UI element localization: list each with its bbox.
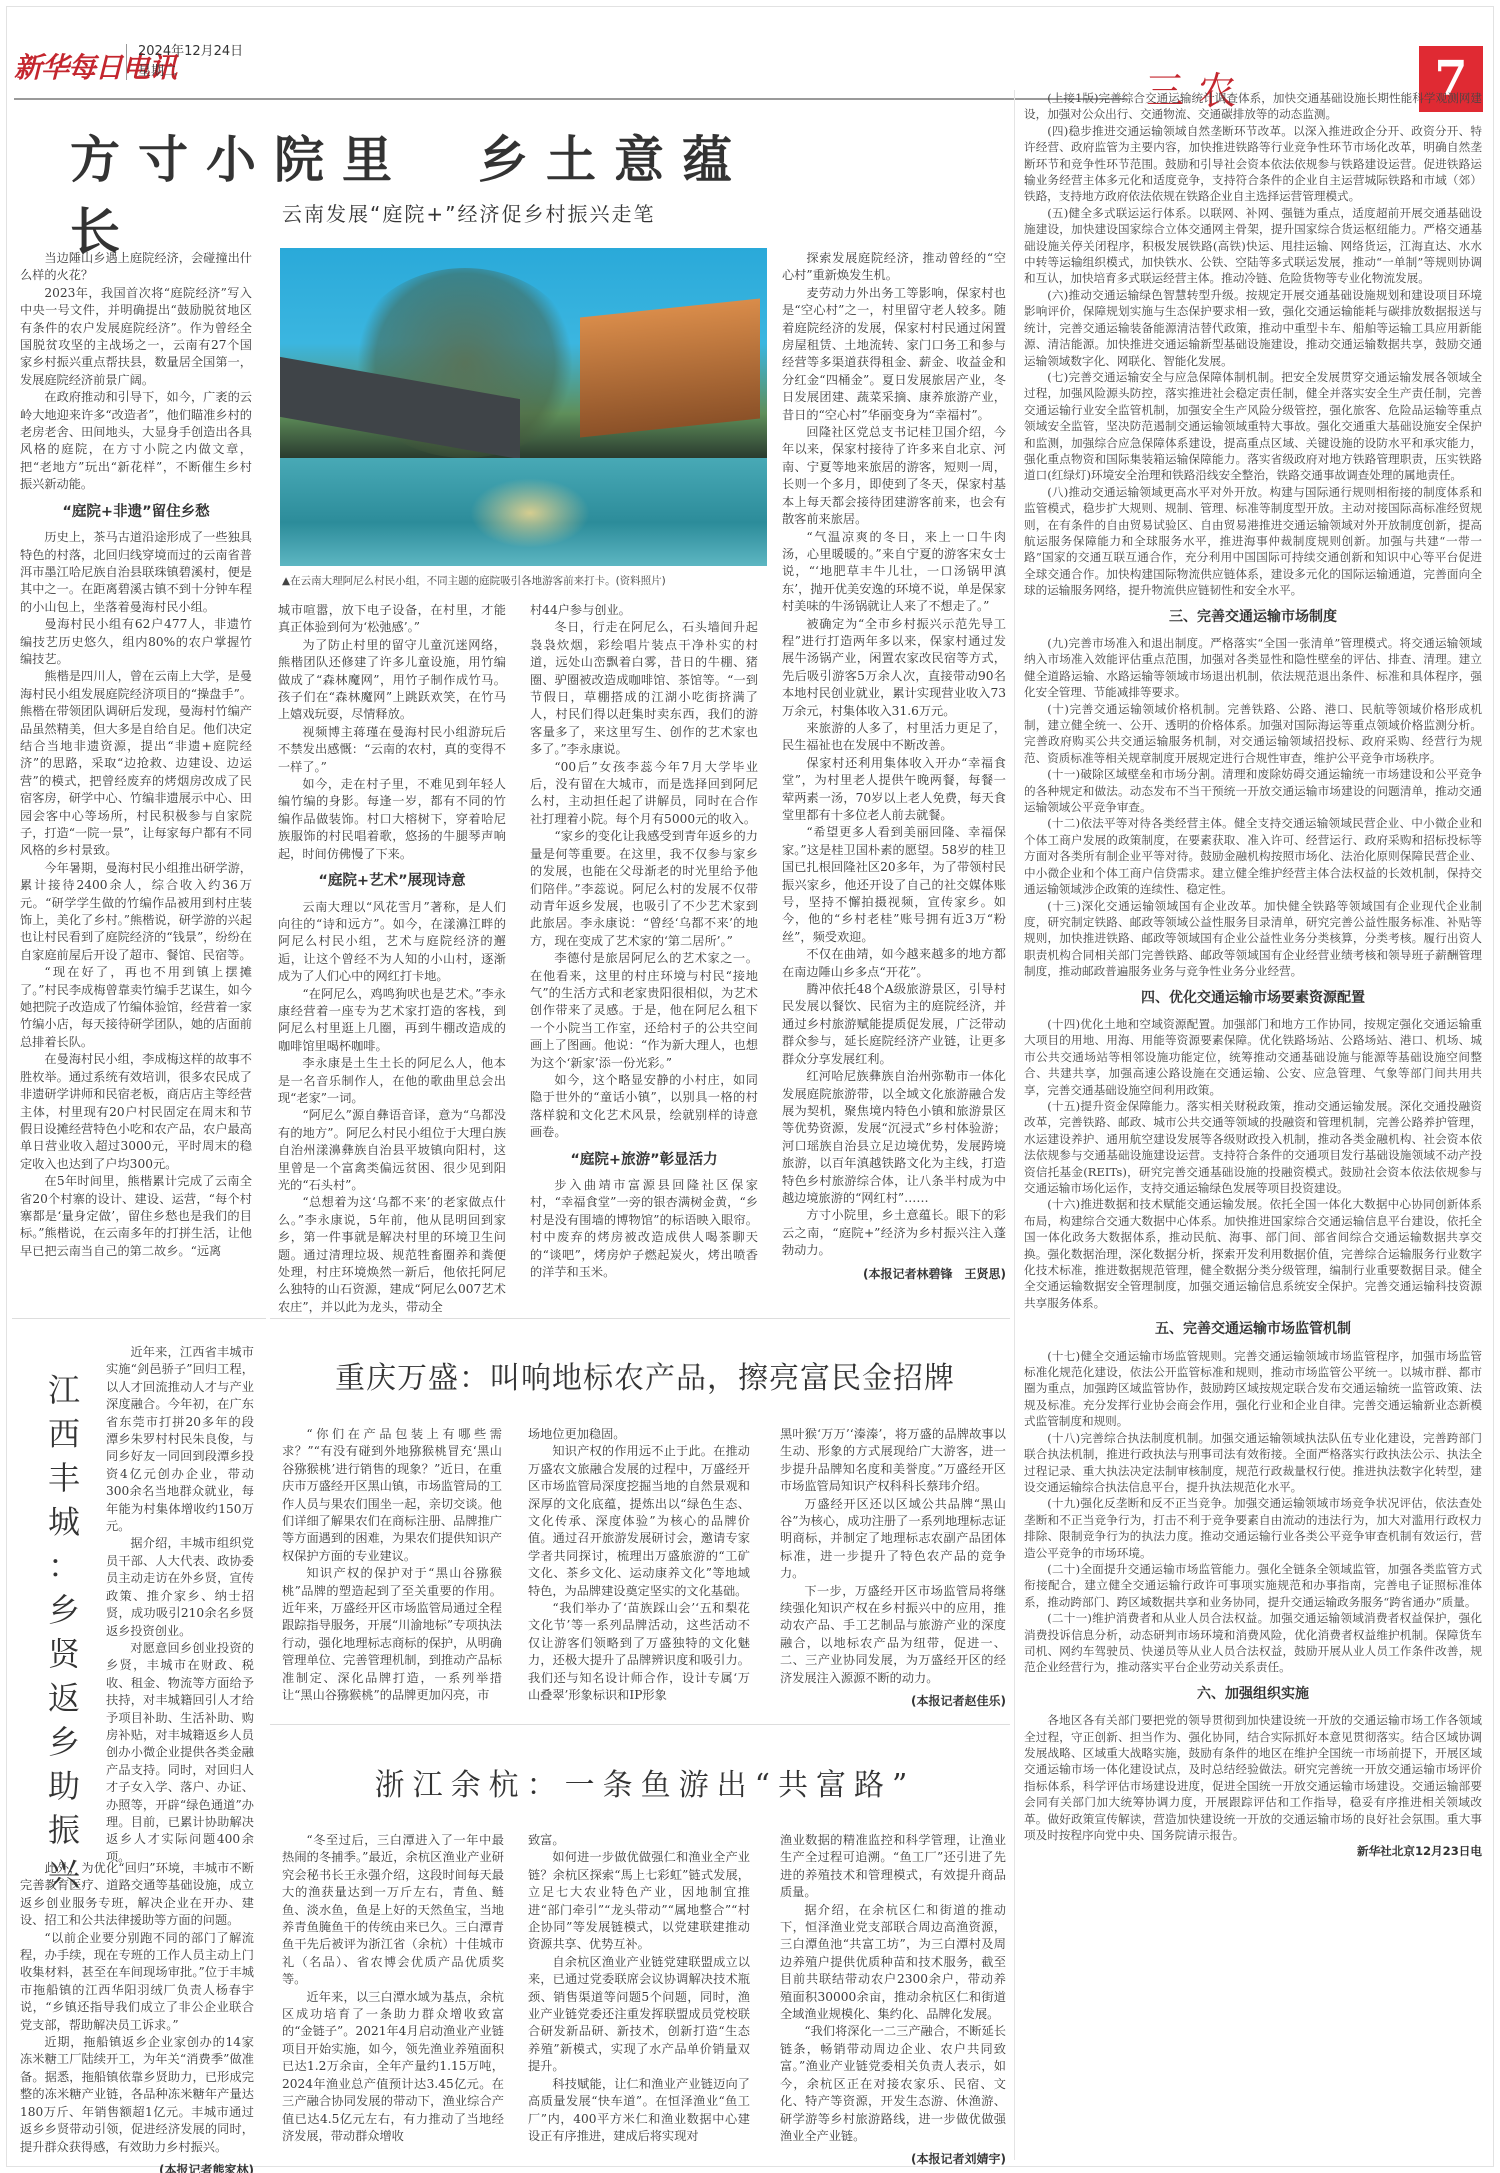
lead-column-4: 探索发展庭院经济，推动曾经的“空心村”重新焕发生机。 麦劳动力外出务工等影响，保… [782,250,1006,1283]
paragraph: (十八)完善综合执法制度机制。加强交通运输领域执法队伍专业化建设，完善跨部门联合… [1024,1430,1482,1496]
paragraph: 村44户参与创业。 [530,602,758,619]
paragraph: 据介绍，在余杭区仁和街道的推动下，恒泽渔业党支部联合周边高渔资源，三白潭鱼池“共… [780,1902,1006,2024]
paragraph: (二十)全面提升交通运输市场监管能力。强化全链条全领域监管，加强各类监管方式衔接… [1024,1561,1482,1610]
paragraph: (四)稳步推进交通运输领域自然垄断环节改革。以深入推进政企分开、政资分开、特许经… [1024,123,1482,205]
paragraph: 知识产权的保护对于“黑山谷猕猴桃”品牌的塑造起到了至关重要的作用。近年来，万盛经… [282,1565,502,1704]
byline: (本报记者赵佳乐) [780,1693,1006,1710]
paragraph: 来旅游的人多了，村里活力更足了，民生福祉也在发展中不断改善。 [782,720,1006,755]
paragraph: 麦劳动力外出务工等影响，保家村也是“空心村”之一，村里留守老人较多。随着庭院经济… [782,285,1006,424]
paragraph: (上接1版)完善综合交通运输统计调查体系，加快交通基础设施长期性能科学观测网建设… [1024,90,1482,123]
paragraph: 城市喧嚣，放下电子设备，在村里，才能真正体验到何为‘松弛感’。” [278,602,506,637]
section-heading: 六、加强组织实施 [1024,1686,1482,1702]
subheading: “庭院+艺术”展现诗意 [278,873,506,890]
issue-date: 2024年12月24日 [138,42,243,62]
paragraph: 熊楷是四川人，曾在云南上大学，是曼海村民小组发展庭院经济项目的“操盘手”。熊楷在… [20,668,252,859]
paragraph: 步入曲靖市富源县回隆社区保家村，“幸福食堂”一旁的银杏满树金黄，“乡村是没有围墙… [530,1177,758,1281]
paragraph: 在5年时间里，熊楷累计完成了云南全省20个村寨的设计、建设、运营，“每个村寨都是… [20,1173,252,1260]
paragraph: (十一)破除区域壁垒和市场分割。清理和废除妨碍交通运输统一市场建设和公平竞争的各… [1024,766,1482,815]
paragraph: “你们在产品包装上有哪些需求？”“有没有碰到外地猕猴桃冒充‘黑山谷猕猴桃’进行销… [282,1426,502,1565]
jiangxi-column-top: 近年来，江西省丰城市实施“剑邑骄子”回归工程，以人才回流推动人才与产业深度融合。… [106,1344,254,1866]
paragraph: (五)健全多式联运运行体系。以联网、补网、强链为重点，适度超前开展交通基础设施建… [1024,205,1482,287]
byline: (本报记者熊家林) [20,2162,254,2173]
paragraph: 如今，走在村子里，不难见到年轻人编竹编的身影。每逢一岁，都有不同的竹编作品做装饰… [278,776,506,863]
masthead-divider [126,44,127,80]
paragraph: 保家村还利用集体收入开办“幸福食堂”，为村里老人提供午晚两餐，每餐一荤两素一汤，… [782,755,1006,825]
paragraph: 红河哈尼族彝族自治州弥勒市一体化发展庭院旅游带，以全域文化旅游融合发展为契机，聚… [782,1068,1006,1207]
section-heading: 四、优化交通运输市场要素资源配置 [1024,990,1482,1006]
photo-caption: ▲在云南大理阿尼么村民小组，不同主题的庭院吸引各地游客前来打卡。(资料照片) [282,573,767,588]
paragraph: 方寸小院里，乡土意蕴长。眼下的彩云之南，“庭院+”经济为乡村振兴注入蓬勃动力。 [782,1207,1006,1259]
section-heading: 五、完善交通运输市场监管机制 [1024,1321,1482,1337]
paragraph: (十)完善交通运输领域价格机制。完善铁路、公路、港口、民航等领域价格形成机制，建… [1024,701,1482,767]
paragraph: 视频博主蒋瑾在曼海村民小组游玩后不禁发出感慨：“云南的农村，真的变得不一样了。” [278,724,506,776]
paragraph: 渔业数据的精准监控和科学管理，让渔业生产全过程可追溯。“鱼工厂”还引进了先进的养… [780,1832,1006,1902]
paragraph: “冬至过后，三白潭进入了一年中最热闹的冬捕季。”最近，余杭区渔业产业研究会秘书长… [282,1832,504,1989]
section-heading: 三、完善交通运输市场制度 [1024,609,1482,625]
paragraph: “我们将深化一二三产融合，不断延长链条，畅销带动周边企业、农户共同致富。”渔业产… [780,2023,1006,2145]
paragraph: (十九)强化反垄断和反不正当竞争。加强交通运输领域市场竞争状况评估，依法查处垄断… [1024,1495,1482,1561]
paragraph: (十六)推进数据和技术赋能交通运输发展。依托全国一体化大数据中心协同创新体系布局… [1024,1196,1482,1311]
chongqing-column-1: “你们在产品包装上有哪些需求？”“有没有碰到外地猕猴桃冒充‘黑山谷猕猴桃’进行销… [282,1426,502,1705]
photo-house [580,299,760,438]
paragraph: (七)完善交通运输安全与应急保障体制机制。把安全发展贯穿交通运输发展各领域全过程… [1024,369,1482,484]
paragraph: (二十一)维护消费者和从业人员合法权益。加强交通运输领域消费者权益保护，强化消费… [1024,1610,1482,1676]
dateline: 新华社北京12月23日电 [1357,1843,1482,1859]
lead-subheadline: 云南发展“庭院+”经济促乡村振兴走笔 [282,198,655,227]
masthead-rule [14,98,1127,100]
paragraph: (八)推动交通运输领域更高水平对外开放。构建与国际通行规则相衔接的制度体系和监管… [1024,484,1482,599]
paragraph: “希望更多人看到美丽回隆、幸福保家。”这是桂卫国朴素的愿望。58岁的桂卫国已扎根… [782,824,1006,946]
paragraph: (十五)提升资金保障能力。落实相关财税政策，推动交通运输发展。深化交通投融资改革… [1024,1098,1482,1196]
issue-weekday: 星期二 [138,62,243,82]
paragraph: 不仅在曲靖，如今越来越多的地方都在南边陲山乡多点“开花”。 [782,946,1006,981]
paragraph: 回隆社区党总支书记桂卫国介绍，今年以来，保家村接待了许多来自北京、河南、宁夏等地… [782,424,1006,528]
paragraph: 近年来，以三白潭水域为基点，余杭区成功培育了一条助力群众增收致富的“金链子”。2… [282,1989,504,2146]
chongqing-column-3: 黑叶猴‘万万’‘溱溱’，将万盛的品牌故事以生动、形象的方式展现给广大游客，进一步… [780,1426,1006,1711]
paragraph: 在政府推动和引导下，如今，广袤的云岭大地迎来许多“改造者”，他们瞄准乡村的老房老… [20,389,252,493]
byline: (本报记者刘婧宇) [780,2151,1006,2168]
paragraph: “我们举办了‘苗族踩山会’‘五和梨花文化节’等一系列品牌活动，这些活动不仅让游客… [528,1600,750,1704]
lead-column-3: 村44户参与创业。 冬日，行走在阿尼么，石头墙间升起袅袅炊烟，彩绘唱片装点干净朴… [530,602,758,1281]
policy-document-column: (上接1版)完善综合交通运输统计调查体系，加快交通基础设施长期性能科学观测网建设… [1024,90,1482,1860]
lead-column-2: 城市喧嚣，放下电子设备，在村里，才能真正体验到何为‘松弛感’。” 为了防止村里的… [278,602,506,1316]
paragraph: 万盛经开区还以区域公共品牌“黑山谷”为核心，成功注册了一系列地理标志证明商标，并… [780,1496,1006,1583]
paragraph: 如今，这个略显安静的小村庄，如同隐于世外的“童话小镇”，以别具一格的村落样貌和文… [530,1072,758,1142]
paragraph: 历史上，茶马古道沿途形成了一些独具特色的村落，北回归线穿境而过的云南省普洱市墨江… [20,529,252,616]
paragraph: 李德付是旅居阿尼么的艺术家之一。在他看来，这里的村庄环境与村民“接地气”的生活方… [530,950,758,1072]
jiangxi-column-bottom: 此外，为优化“回归”环境，丰城市不断完善教育医疗、道路交通等基础设施，成立返乡创… [20,1860,254,2173]
paragraph: 如何进一步做优做强仁和渔业全产业链？余杭区探索“馬上七彩虹”链式发展，立足七大农… [528,1849,750,1953]
paragraph: 各地区各有关部门要把党的领导贯彻到加快建设统一开放的交通运输市场工作各领域全过程… [1024,1712,1482,1843]
paragraph: “家乡的变化让我感受到青年返乡的力量是何等重要。在这里，我不仅参与家乡的发展，也… [530,828,758,950]
paragraph: 科技赋能，让仁和渔业产业链迈向了高质量发展“快车道”。在恒泽渔业“鱼工厂”内，4… [528,2076,750,2146]
paragraph: “现在好了，再也不用到镇上摆摊了。”村民李成梅曾靠卖竹编手艺谋生，如今她把院子改… [20,964,252,1051]
paragraph: 曼海村民小组有62户477人，非遗竹编技艺历史悠久，组内80%的农户掌握竹编技艺… [20,616,252,668]
paragraph: 探索发展庭院经济，推动曾经的“空心村”重新焕发生机。 [782,250,1006,285]
divider [270,1724,1010,1725]
paragraph: 据介绍，丰城市组织党员干部、人大代表、政协委员主动走访在外乡贤，宣传政策、推介家… [106,1535,254,1639]
paragraph: 知识产权的作用远不止于此。在推动万盛农文旅融合发展的过程中，万盛经开区市场监管局… [528,1443,750,1600]
lead-photo [280,248,767,566]
paragraph: 对愿意回乡创业投资的乡贤，丰城市在财政、税收、租金、物流等方面给予扶持，对丰城籍… [106,1640,254,1866]
paragraph: “气温凉爽的冬日，来上一口牛肉汤，心里暖暖的。”来自宁夏的游客宋女士说，“‘地肥… [782,529,1006,616]
paragraph: 此外，为优化“回归”环境，丰城市不断完善教育医疗、道路交通等基础设施，成立返乡创… [20,1860,254,1930]
paragraph: “以前企业要分别跑不同的部门了解流程，办手续，现在专班的工作人员主动上门收集材料… [20,1930,254,2034]
paragraph: 李永康是土生土长的阿尼么人，他本是一名音乐制作人，在他的歌曲里总会出现“老家”一… [278,1055,506,1107]
issue-date-block: 2024年12月24日 星期二 [138,42,243,82]
column-rule [1014,90,1015,2160]
paragraph: 2023年，我国首次将“庭院经济”写入中央一号文件，并明确提出“鼓励脱贫地区有条… [20,285,252,389]
chongqing-column-2: 场地位更加稳固。 知识产权的作用远不止于此。在推动万盛农文旅融合发展的过程中，万… [528,1426,750,1705]
paragraph: “在阿尼么，鸡鸣狗吠也是艺术。”李永康经营着一座专为艺术家打造的客栈，到阿尼么村… [278,986,506,1056]
divider [12,1318,266,1319]
paragraph: 当边陲山乡遇上庭院经济，会碰撞出什么样的火花？ [20,250,252,285]
photo-light [470,478,590,548]
paragraph: (十七)健全交通运输市场监管规则。完善交通运输领域市场监管程序，加强市场监管标准… [1024,1348,1482,1430]
lead-headline: 方寸小院里 乡土意蕴长 [70,120,770,264]
lead-column-1: 当边陲山乡遇上庭院经济，会碰撞出什么样的火花？ 2023年，我国首次将“庭院经济… [20,250,252,1260]
paragraph: 黑叶猴‘万万’‘溱溱’，将万盛的品牌故事以生动、形象的方式展现给广大游客，进一步… [780,1426,1006,1496]
paragraph: (十四)优化土地和空域资源配置。加强部门和地方工作协同，按规定强化交通运输重大项… [1024,1016,1482,1098]
paragraph: (九)完善市场准入和退出制度。严格落实“全国一张清单”管理模式。将交通运输领域纳… [1024,635,1482,701]
jiangxi-headline: 江 西 丰 城 ： 乡 贤 返 乡 助 振 兴 [44,1368,84,1896]
paragraph: 今年暑期，曼海村民小组推出研学游，累计接待2400余人，综合收入约36万元。“研… [20,860,252,964]
paragraph: 为了防止村里的留守儿童沉迷网络，熊楷团队还修建了许多儿童设施，用竹编做成了“森林… [278,637,506,724]
chongqing-headline: 重庆万盛：叫响地标农产品，擦亮富民金招牌 [280,1353,1010,1397]
paragraph: “00后”女孩李蕊今年7月大学毕业后，没有留在大城市，而是选择回到阿尼么村，主动… [530,759,758,829]
divider [270,1318,1010,1319]
paragraph: 下一步，万盛经开区市场监管局将继续强化知识产权在乡村振兴中的应用，推动农产品、手… [780,1583,1006,1687]
subheading: “庭院+非遗”留住乡愁 [20,504,252,521]
byline: (本报记者林碧锋 王贤思) [782,1266,1006,1283]
paragraph: 致富。 [528,1832,750,1849]
paragraph: “阿尼么”源自彝语音译，意为“乌都没有的地方”。阿尼么村民小组位于大理白族自治州… [278,1107,506,1194]
paragraph: (十三)深化交通运输领域国有企业改革。加快健全铁路等领域国有企业现代企业制度，研… [1024,898,1482,980]
paragraph: 近期，拖船镇返乡企业家创办的14家冻米糖工厂陆续开工，为年关“消费季”做准备。据… [20,2034,254,2156]
subheading: “庭院+旅游”彰显活力 [530,1152,758,1169]
paragraph: 被确定为“全市乡村振兴示范先导工程”进行打造两年多以来，保家村通过发展牛汤锅产业… [782,616,1006,720]
paragraph: 腾冲依托48个A级旅游景区，引导村民发展以餐饮、民宿为主的庭院经济，并通过乡村旅… [782,981,1006,1068]
paragraph: 冬日，行走在阿尼么，石头墙间升起袅袅炊烟，彩绘唱片装点干净朴实的村道，远处山峦飘… [530,619,758,758]
paragraph: (六)推动交通运输绿色智慧转型升级。按规定开展交通基础设施规划和建设项目环境影响… [1024,287,1482,369]
zhejiang-headline: 浙江余杭：一条鱼游出“共富路” [280,1760,1010,1804]
paragraph: 自余杭区渔业产业链党建联盟成立以来，已通过党委联席会议协调解决技术瓶颈、销售渠道… [528,1954,750,2076]
paragraph: (十二)依法平等对待各类经营主体。健全支持交通运输领域民营企业、中小微企业和个体… [1024,815,1482,897]
zhejiang-column-3: 渔业数据的精准监控和科学管理，让渔业生产全过程可追溯。“鱼工厂”还引进了先进的养… [780,1832,1006,2169]
paragraph: 云南大理以“风花雪月”著称，是人们向往的“诗和远方”。如今，在漾濞江畔的阿尼么村… [278,899,506,986]
paragraph: 在曼海村民小组，李成梅这样的故事不胜枚举。通过系统有效培训，很多农民成了非遗研学… [20,1051,252,1173]
paragraph: 近年来，江西省丰城市实施“剑邑骄子”回归工程，以人才回流推动人才与产业深度融合。… [106,1344,254,1535]
paragraph: 场地位更加稳固。 [528,1426,750,1443]
zhejiang-column-2: 致富。 如何进一步做优做强仁和渔业全产业链？余杭区探索“馬上七彩虹”链式发展，立… [528,1832,750,2145]
paragraph: “总想着为这‘乌都不来’的老家做点什么。”李永康说，5年前，他从昆明回到家乡，第… [278,1194,506,1316]
zhejiang-column-1: “冬至过后，三白潭进入了一年中最热闹的冬捕季。”最近，余杭区渔业产业研究会秘书长… [282,1832,504,2145]
